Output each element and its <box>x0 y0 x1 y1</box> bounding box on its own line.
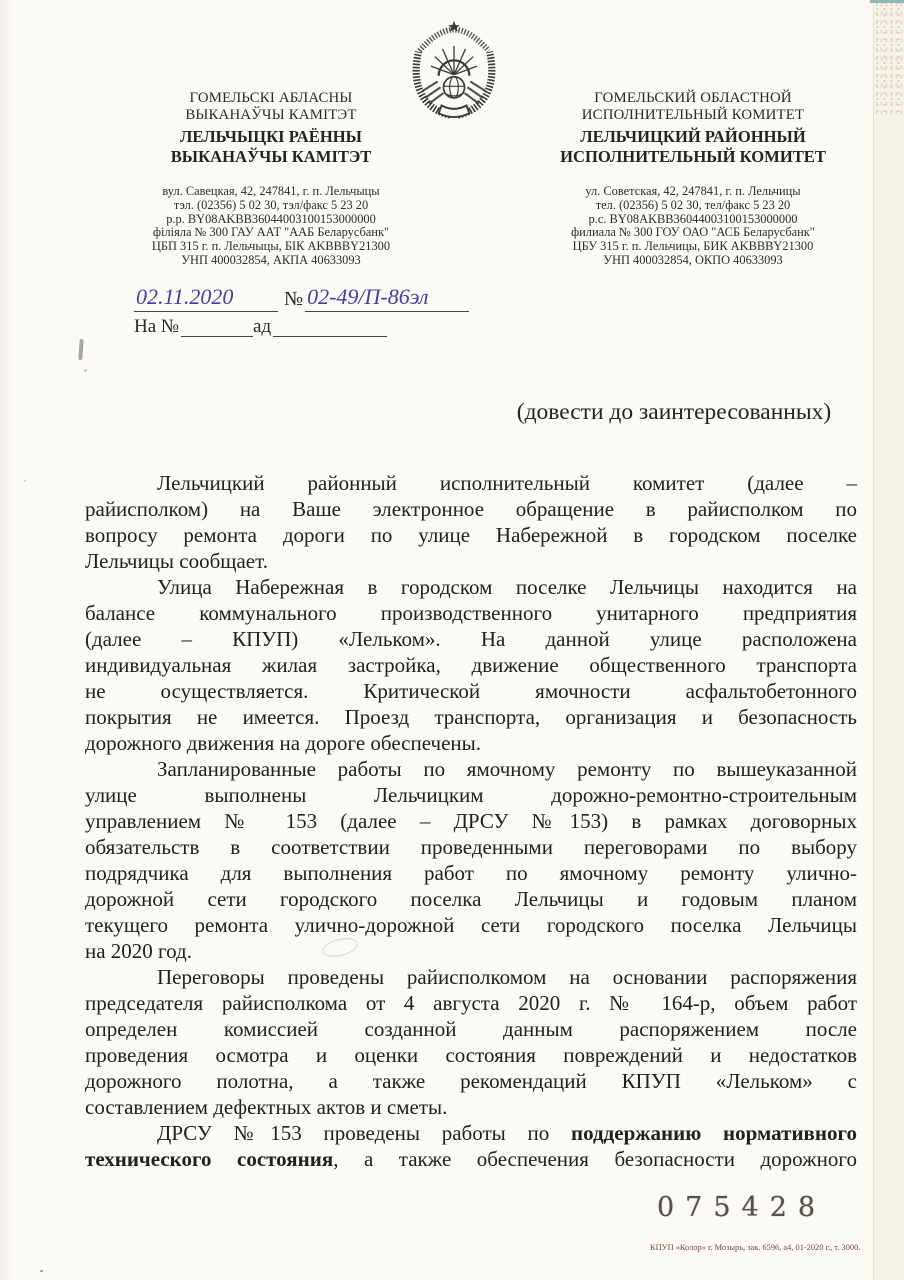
text-line: (далее – КПУП) «Лельком». На данной улиц… <box>85 626 857 652</box>
text-line: управлением № 153 (далее – ДРСУ №153) в … <box>85 808 857 834</box>
form-serial-number: 075428 <box>657 1192 826 1223</box>
text-line: индивидуальная жилая застройка, движение… <box>85 652 857 678</box>
dust-speck <box>24 480 26 482</box>
text-line: Запланированные работы по ямочному ремон… <box>85 756 857 782</box>
text-line: покрытия не имеется. Проезд транспорта, … <box>85 704 857 730</box>
text-line: Лельчицкий районный исполнительный комит… <box>85 470 857 496</box>
reply-date-blank <box>273 316 387 337</box>
left-parent-org: ГОМЕЛЬСКІ АБЛАСНЫВЫКАНАЎЧЫ КАМІТЭТ <box>96 90 446 124</box>
paragraph: Переговоры проведены райисполкомом на ос… <box>85 964 857 1120</box>
text-line: определен комиссией созданной данным рас… <box>85 1016 857 1042</box>
text-line: технического состояния, а также обеспече… <box>85 1146 857 1172</box>
left-address-block: вул. Савецкая, 42, 247841, г. п. Лельчыц… <box>96 185 446 268</box>
recipient-note: (довести до заинтересованных) <box>486 399 862 426</box>
text-line: Лельчицы сообщает. <box>85 548 857 574</box>
reference-block: 02.11.2020 № 02-49/П-86эл На № ад <box>134 280 469 338</box>
text-line: дорожной сети городского поселка Лельчиц… <box>85 886 857 912</box>
text-line: обязательств в соответствии проведенными… <box>85 834 857 860</box>
right-org-name: ЛЕЛЬЧИЦКИЙ РАЙОННЫЙИСПОЛНИТЕЛЬНЫЙ КОМИТЕ… <box>518 127 868 166</box>
text-line: балансе коммунального производственного … <box>85 600 857 626</box>
ink-mark <box>78 339 83 360</box>
text-line: Переговоры проведены райисполкомом на ос… <box>85 964 857 990</box>
text-line: дорожного движения на дороге обеспечены. <box>85 730 857 756</box>
text-line: не осуществляется. Критической ямочности… <box>85 678 857 704</box>
text-line: дорожного полотна, а также рекомендаций … <box>85 1068 857 1094</box>
scanned-letter-page: ГОМЕЛЬСКІ АБЛАСНЫВЫКАНАЎЧЫ КАМІТЭТ ЛЕЛЬЧ… <box>0 0 904 1280</box>
left-org-name: ЛЕЛЬЧЫЦКІ РАЁННЫВЫКАНАЎЧЫ КАМІТЭТ <box>96 127 446 166</box>
letter-body: Лельчицкий районный исполнительный комит… <box>85 470 857 1172</box>
text-line: составлением дефектных актов и сметы. <box>85 1094 857 1120</box>
reply-prefix-label: На № <box>134 316 179 338</box>
text-line: вопросу ремонта дороги по улице Набережн… <box>85 522 857 548</box>
right-parent-org: ГОМЕЛЬСКИЙ ОБЛАСТНОЙИСПОЛНИТЕЛЬНЫЙ КОМИТ… <box>518 90 868 124</box>
letterhead-left: ГОМЕЛЬСКІ АБЛАСНЫВЫКАНАЎЧЫ КАМІТЭТ ЛЕЛЬЧ… <box>96 90 446 268</box>
reply-conjunction-label: ад <box>253 316 271 338</box>
text-line: текущего ремонта улично-дорожной сети го… <box>85 912 857 938</box>
paragraph: Запланированные работы по ямочному ремон… <box>85 756 857 964</box>
text-line: подрядчика для выполнения работ по ямочн… <box>85 860 857 886</box>
text-line: улице выполнены Лельчицким дорожно-ремон… <box>85 782 857 808</box>
letterhead-right: ГОМЕЛЬСКИЙ ОБЛАСТНОЙИСПОЛНИТЕЛЬНЫЙ КОМИТ… <box>518 90 868 268</box>
right-address-block: ул. Советская, 42, 247841, г. п. Лельчиц… <box>518 185 868 268</box>
number-sign: № <box>284 288 303 311</box>
scan-edge-strip <box>874 0 904 1280</box>
scan-top-sliver <box>870 0 904 3</box>
paragraph: Улица Набережная в городском поселке Лел… <box>85 574 857 756</box>
date-number-line: 02.11.2020 № 02-49/П-86эл <box>134 280 469 312</box>
text-line: ДРСУ №153 проведены работы по поддержани… <box>85 1120 857 1146</box>
handwritten-date: 02.11.2020 <box>136 284 233 309</box>
printer-imprint: КПУП «Колор» г. Мозырь, зак. 6596, а4, 0… <box>650 1243 860 1252</box>
text-line: на 2020 год. <box>85 938 857 964</box>
paragraph: Лельчицкий районный исполнительный комит… <box>85 470 857 574</box>
text-line: председателя райисполкома от 4 августа 2… <box>85 990 857 1016</box>
reply-number-blank <box>181 316 253 337</box>
number-field: 02-49/П-86эл <box>305 284 469 312</box>
reply-to-line: На № ад <box>134 316 469 338</box>
date-field: 02.11.2020 <box>134 284 278 312</box>
dust-speck <box>40 1270 43 1272</box>
handwritten-number: 02-49/П-86эл <box>307 284 428 309</box>
text-line: проведения осмотра и оценки состояния по… <box>85 1042 857 1068</box>
text-line: райисполком) на Ваше электронное обращен… <box>85 496 857 522</box>
paragraph: ДРСУ №153 проведены работы по поддержани… <box>85 1120 857 1172</box>
scan-noise <box>874 0 904 115</box>
text-line: Улица Набережная в городском поселке Лел… <box>85 574 857 600</box>
dust-speck <box>84 369 87 372</box>
